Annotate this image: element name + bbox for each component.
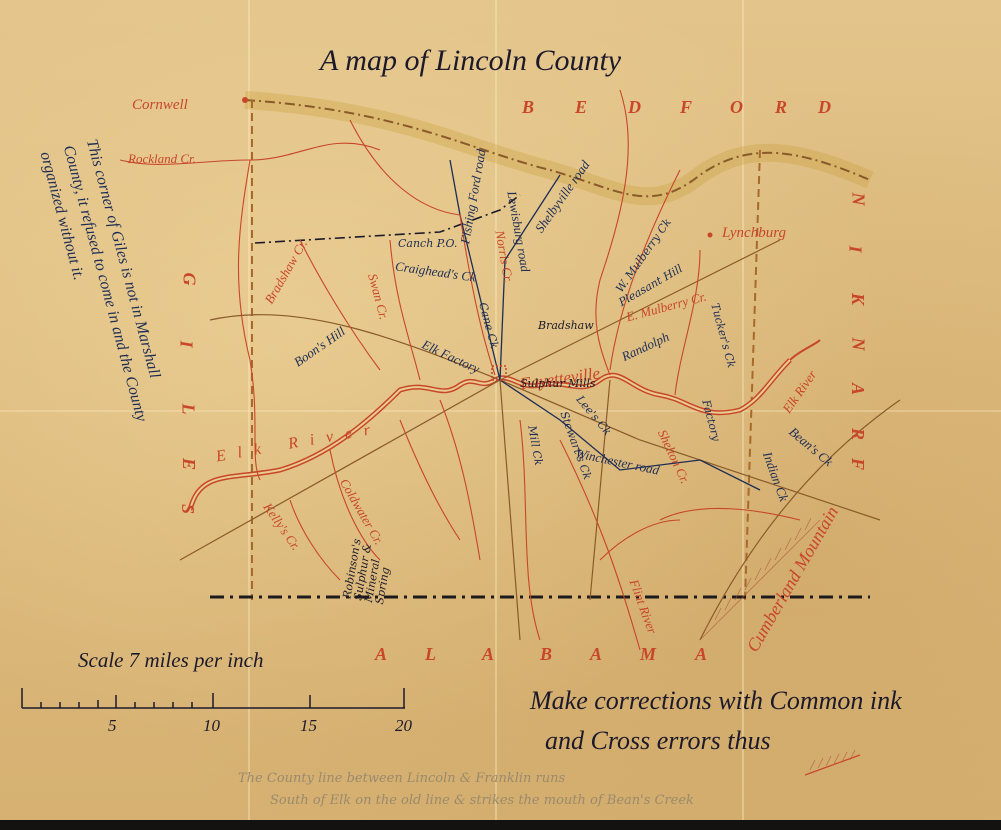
image-border bbox=[0, 820, 1001, 830]
state-letter: D bbox=[628, 98, 641, 116]
state-letter: N bbox=[850, 193, 868, 206]
state-letter: A bbox=[695, 645, 707, 663]
place-label: Canch P.O. bbox=[398, 238, 457, 249]
state-letter: D bbox=[818, 98, 831, 116]
state-letter: G bbox=[181, 273, 199, 286]
scale-tick-label: 15 bbox=[300, 716, 317, 736]
state-letter: A bbox=[482, 645, 494, 663]
marshall-line bbox=[255, 195, 520, 243]
state-letter: R bbox=[775, 98, 787, 116]
east-county-line bbox=[745, 150, 760, 600]
state-letter: N bbox=[850, 338, 868, 351]
state-letter: A bbox=[375, 645, 387, 663]
faint-note-line2: South of Elk on the old line & strikes t… bbox=[270, 794, 694, 807]
road bbox=[210, 315, 500, 380]
state-letter: F bbox=[849, 458, 867, 470]
state-letter: I bbox=[847, 245, 865, 252]
cornwell-marker bbox=[242, 97, 248, 103]
creek-label: Rockland Cr. bbox=[128, 152, 196, 165]
state-letter: L bbox=[180, 404, 198, 415]
error-cross-mark bbox=[805, 755, 860, 775]
scale-bar bbox=[22, 688, 405, 708]
lynchburg-marker bbox=[708, 233, 713, 238]
state-letter: B bbox=[540, 645, 552, 663]
place-label: Sulphur Mills bbox=[520, 378, 596, 389]
state-letter: B bbox=[522, 98, 534, 116]
state-letter: F bbox=[680, 98, 692, 116]
state-letter: E bbox=[575, 98, 587, 116]
state-letter: E bbox=[180, 458, 198, 470]
correction-note-line1: Make corrections with Common ink bbox=[530, 688, 902, 714]
state-letter: O bbox=[730, 98, 743, 116]
town-cornwell: Cornwell bbox=[132, 98, 188, 113]
state-letter: A bbox=[590, 645, 602, 663]
scale-tick-label: 5 bbox=[108, 716, 117, 736]
town-lynchburg: Lynchburg bbox=[722, 226, 786, 241]
state-letter: K bbox=[849, 293, 867, 305]
road bbox=[500, 380, 520, 640]
state-letter: I bbox=[178, 340, 196, 347]
correction-note-line2: and Cross errors thus bbox=[545, 728, 771, 754]
state-letter: L bbox=[425, 645, 436, 663]
state-letter: R bbox=[849, 428, 867, 440]
scale-tick-label: 20 bbox=[395, 716, 412, 736]
state-letter: M bbox=[640, 645, 656, 663]
faint-note-line1: The County line between Lincoln & Frankl… bbox=[238, 772, 565, 785]
state-letter: A bbox=[849, 383, 867, 395]
place-label: Bradshaw bbox=[538, 320, 594, 331]
state-letter: S bbox=[179, 504, 197, 514]
map-title: A map of Lincoln County bbox=[320, 46, 621, 76]
scale-tick-label: 10 bbox=[203, 716, 220, 736]
scale-label: Scale 7 miles per inch bbox=[78, 650, 263, 671]
